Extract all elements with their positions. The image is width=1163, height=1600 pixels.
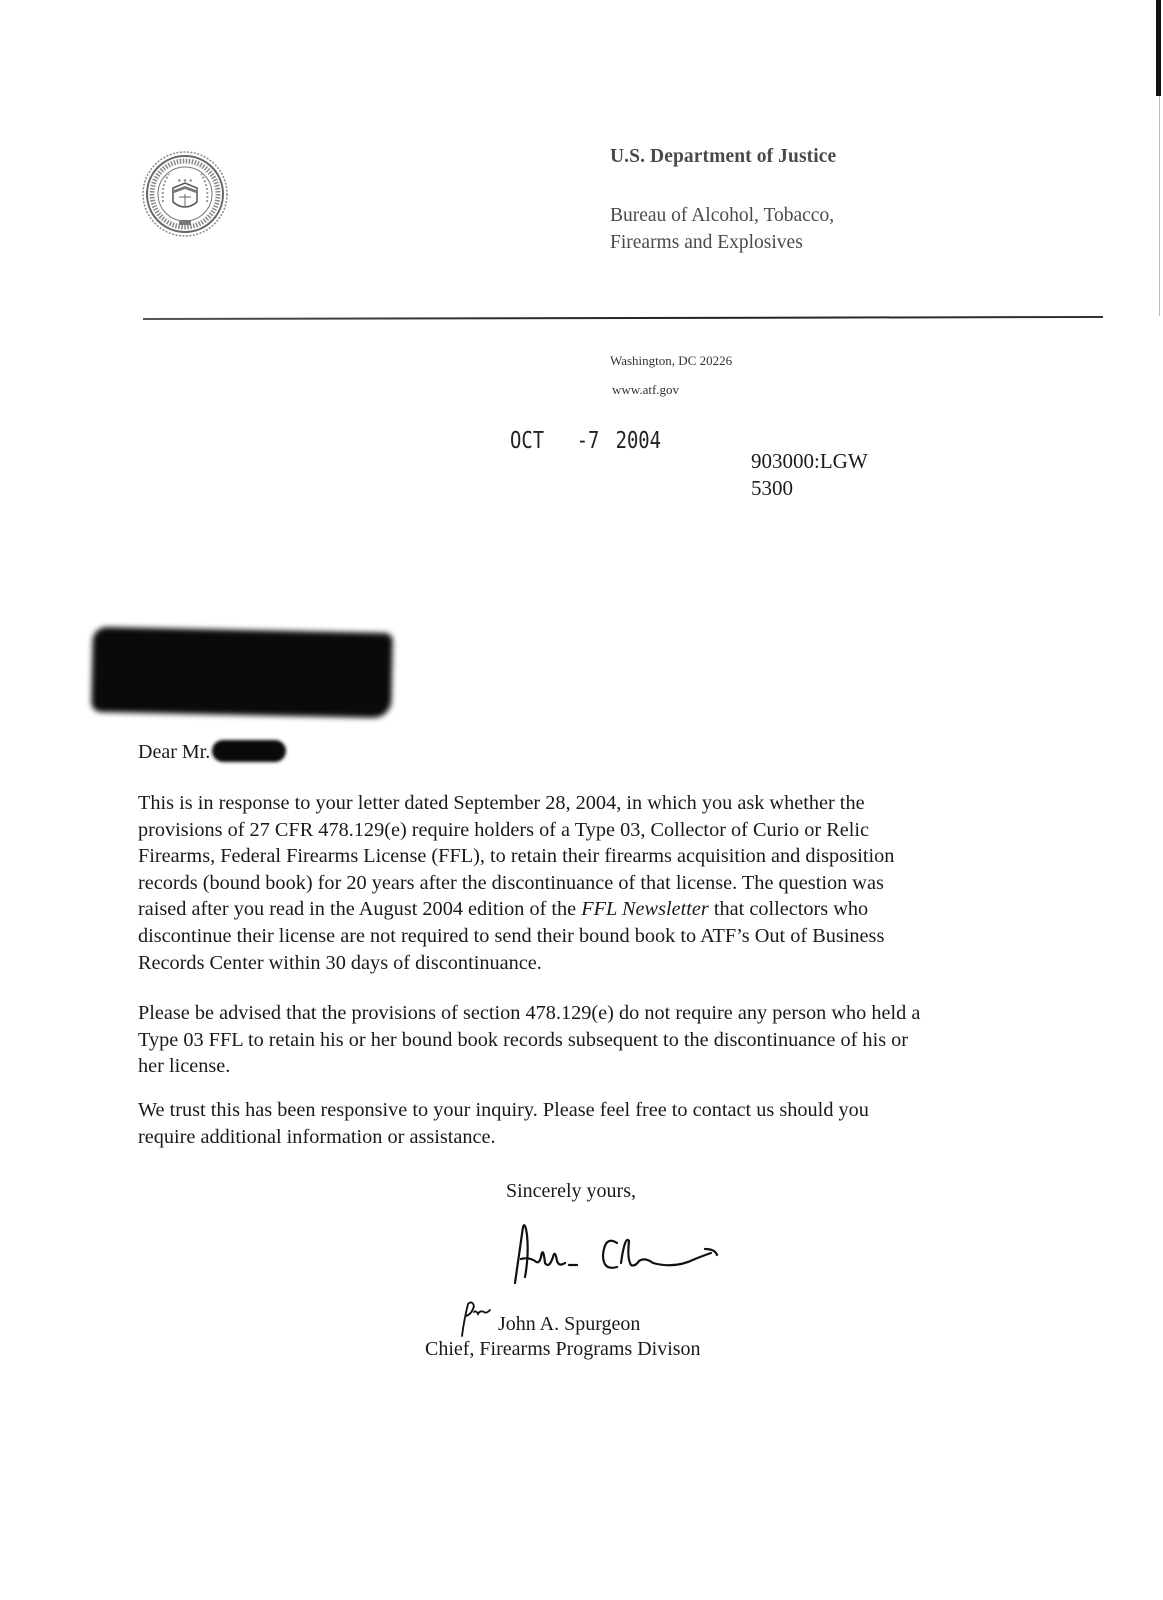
paragraph-line: Records Center within 30 days of discont… bbox=[138, 950, 1018, 977]
paragraph-line: Type 03 FFL to retain his or her bound b… bbox=[138, 1027, 1018, 1054]
paragraph-line: Firearms, Federal Firearms License (FFL)… bbox=[138, 843, 1018, 870]
paragraph-line: raised after you read in the August 2004… bbox=[138, 896, 1018, 923]
redacted-recipient-name bbox=[212, 740, 286, 762]
date-stamp: OCT -7 2004 bbox=[510, 428, 661, 454]
website-link[interactable]: www.atf.gov bbox=[612, 382, 679, 398]
per-initials-icon bbox=[456, 1298, 496, 1338]
signature-icon bbox=[505, 1215, 745, 1295]
paragraph-line: require additional information or assist… bbox=[138, 1124, 1018, 1151]
publication-title: FFL Newsletter bbox=[581, 898, 709, 920]
paragraph-line: We trust this has been responsive to you… bbox=[138, 1097, 1018, 1124]
paragraph-line: provisions of 27 CFR 478.129(e) require … bbox=[138, 817, 1018, 844]
scan-edge-artifact bbox=[1156, 0, 1161, 96]
atf-seal-icon: ★ ★ ★ bbox=[141, 150, 229, 238]
bureau-line-2: Firearms and Explosives bbox=[610, 229, 834, 256]
paragraph-line: records (bound book) for 20 years after … bbox=[138, 870, 1018, 897]
body-paragraph-2: Please be advised that the provisions of… bbox=[138, 1000, 1018, 1080]
redacted-recipient-address bbox=[91, 627, 393, 718]
paragraph-line: Please be advised that the provisions of… bbox=[138, 1000, 1018, 1027]
reference-line-1: 903000:LGW bbox=[751, 448, 868, 475]
bureau-line-1: Bureau of Alcohol, Tobacco, bbox=[610, 202, 834, 229]
paragraph-line: This is in response to your letter dated… bbox=[138, 790, 1018, 817]
salutation-text: Dear Mr. bbox=[138, 741, 210, 763]
office-address: Washington, DC 20226 bbox=[610, 353, 732, 369]
paragraph-line: her license. bbox=[138, 1053, 1018, 1080]
department-name: U.S. Department of Justice bbox=[610, 146, 836, 168]
signer-title: Chief, Firearms Programs Divison bbox=[425, 1338, 701, 1361]
salutation: Dear Mr. bbox=[138, 740, 286, 764]
reference-code: 903000:LGW 5300 bbox=[751, 448, 868, 502]
reference-line-2: 5300 bbox=[751, 475, 868, 502]
paragraph-line: discontinue their license are not requir… bbox=[138, 923, 1018, 950]
signer-name: John A. Spurgeon bbox=[498, 1313, 640, 1336]
body-paragraph-1: This is in response to your letter dated… bbox=[138, 790, 1018, 976]
closing: Sincerely yours, bbox=[506, 1180, 636, 1203]
body-paragraph-3: We trust this has been responsive to you… bbox=[138, 1097, 1018, 1150]
letterhead-divider bbox=[143, 316, 1103, 320]
scan-edge-line bbox=[1159, 96, 1160, 316]
bureau-name: Bureau of Alcohol, Tobacco, Firearms and… bbox=[610, 202, 834, 256]
